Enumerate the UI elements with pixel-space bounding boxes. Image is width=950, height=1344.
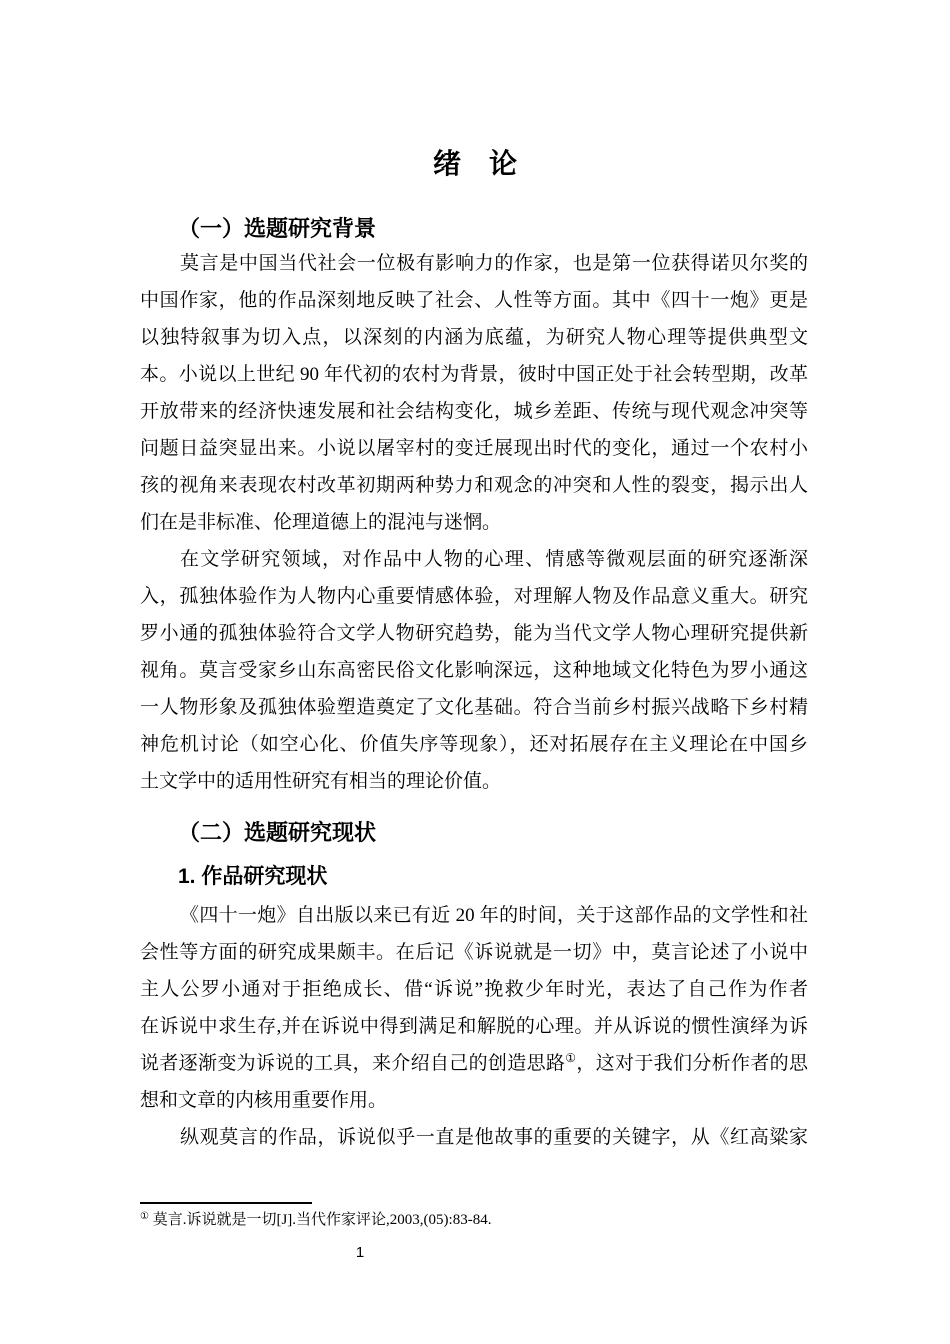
text-line: 以独特叙事为切入点，以深刻的内涵为底蕴，为研究人物心理等提供典型文	[140, 319, 808, 356]
text-line: 们在是非标准、伦理道德上的混沌与迷惘。	[140, 504, 808, 541]
text-line: 罗小通的孤独体验符合文学人物研究趋势，能为当代文学人物心理研究提供新	[140, 615, 808, 652]
text-segment: ，这对于我们分析作者的思	[576, 1053, 808, 1074]
paragraph-2: 在文学研究领域，对作品中人物的心理、情感等微观层面的研究逐渐深 入，孤独体验作为…	[140, 541, 808, 800]
text-segment: 说者逐渐变为诉说的工具，来介绍自己的创造思路	[140, 1053, 565, 1074]
subsection-1-heading: 1. 作品研究现状	[140, 862, 808, 892]
footnote-separator	[140, 1202, 312, 1204]
text-line: 想和文章的内核用重要作用。	[140, 1082, 808, 1119]
text-line: 视角。莫言受家乡山东高密民俗文化影响深远，这种地域文化特色为罗小通这	[140, 652, 808, 689]
text-line: 问题日益突显出来。小说以屠宰村的变迁展现出时代的变化，通过一个农村小	[140, 430, 808, 467]
text-line: 本。小说以上世纪 90 年代初的农村为背景，彼时中国正处于社会转型期，改革	[140, 356, 808, 393]
text-line: 会性等方面的研究成果颇丰。在后记《诉说就是一切》中，莫言论述了小说中	[140, 934, 808, 971]
text-line: 《四十一炮》自出版以来已有近 20 年的时间，关于这部作品的文学性和社	[140, 897, 808, 934]
text-line: 在文学研究领域，对作品中人物的心理、情感等微观层面的研究逐渐深	[140, 541, 808, 578]
paragraph-1: 莫言是中国当代社会一位极有影响力的作家，也是第一位获得诺贝尔奖的 中国作家，他的…	[140, 245, 808, 541]
section-2-heading: （二）选题研究现状	[140, 818, 808, 848]
text-line: 中国作家，他的作品深刻地反映了社会、人性等方面。其中《四十一炮》更是	[140, 282, 808, 319]
paragraph-4: 纵观莫言的作品，诉说似乎一直是他故事的重要的关键字，从《红高粱家	[140, 1119, 808, 1156]
footnote-citation: 莫言.诉说就是一切[J].当代作家评论,2003,(05):83-84.	[153, 1212, 492, 1228]
paragraph-3: 《四十一炮》自出版以来已有近 20 年的时间，关于这部作品的文学性和社 会性等方…	[140, 897, 808, 1119]
page-title: 绪 论	[0, 146, 950, 182]
document-page: 绪 论 （一）选题研究背景 莫言是中国当代社会一位极有影响力的作家，也是第一位获…	[0, 0, 950, 1344]
text-line: 纵观莫言的作品，诉说似乎一直是他故事的重要的关键字，从《红高粱家	[140, 1119, 808, 1156]
section-1-heading: （一）选题研究背景	[140, 214, 808, 244]
footnote-marker: ①	[140, 1211, 149, 1222]
footnote-reference-mark: ①	[565, 1051, 576, 1065]
text-line: 莫言是中国当代社会一位极有影响力的作家，也是第一位获得诺贝尔奖的	[140, 245, 808, 282]
text-line: 土文学中的适用性研究有相当的理论价值。	[140, 763, 808, 800]
footnote-text: ① 莫言.诉说就是一切[J].当代作家评论,2003,(05):83-84.	[140, 1209, 808, 1231]
text-line: 孩的视角来表现农村改革初期两种势力和观念的冲突和人性的裂变，揭示出人	[140, 467, 808, 504]
text-line: 说者逐渐变为诉说的工具，来介绍自己的创造思路①，这对于我们分析作者的思	[140, 1045, 808, 1082]
page-number: 1	[340, 1244, 380, 1262]
text-line: 入，孤独体验作为人物内心重要情感体验，对理解人物及作品意义重大。研究	[140, 578, 808, 615]
text-line: 神危机讨论（如空心化、价值失序等现象），还对拓展存在主义理论在中国乡	[140, 726, 808, 763]
text-line: 一人物形象及孤独体验塑造奠定了文化基础。符合当前乡村振兴战略下乡村精	[140, 689, 808, 726]
text-line: 主人公罗小通对于拒绝成长、借“诉说”挽救少年时光，表达了自己作为作者	[140, 971, 808, 1008]
text-line: 在诉说中求生存,并在诉说中得到满足和解脱的心理。并从诉说的惯性演绎为诉	[140, 1008, 808, 1045]
text-line: 开放带来的经济快速发展和社会结构变化，城乡差距、传统与现代观念冲突等	[140, 393, 808, 430]
